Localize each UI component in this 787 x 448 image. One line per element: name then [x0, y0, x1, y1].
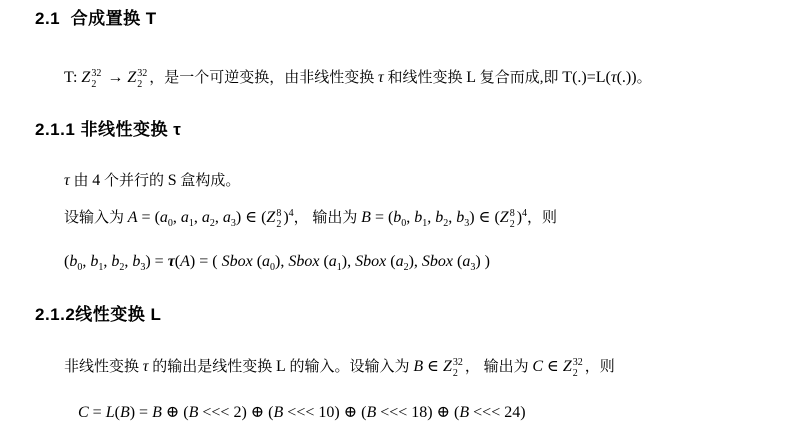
section-heading-2-1: 2.1 合成置换 T	[35, 8, 157, 30]
formula-tau-sbox: (b0, b1, b2, b3) = τ(A) = ( Sbox (a0), S…	[64, 251, 490, 279]
paragraph-l-input-output: 非线性变换 τ 的输出是线性变换 L 的输入。设输入为 B ∈ Z322， 输出…	[64, 356, 615, 379]
paragraph-sbox-parallel: τ 由 4 个并行的 S 盒构成。	[64, 170, 240, 192]
document-page: 2.1 合成置换 T T: Z322 → Z322，是一个可逆变换，由非线性变换…	[0, 0, 787, 448]
paragraph-t-composition: T: Z322 → Z322，是一个可逆变换，由非线性变换 τ 和线性变换 L …	[64, 67, 652, 90]
section-heading-2-1-2: 2.1.2线性变换 L	[35, 304, 161, 326]
formula-linear-l: C = L(B) = B ⊕ (B <<< 2) ⊕ (B <<< 10) ⊕ …	[78, 402, 526, 424]
section-heading-2-1-1: 2.1.1 非线性变换 τ	[35, 119, 181, 141]
paragraph-tau-input-output: 设输入为 A = (a0, a1, a2, a3) ∈ (Z82)4， 输出为 …	[64, 203, 557, 235]
